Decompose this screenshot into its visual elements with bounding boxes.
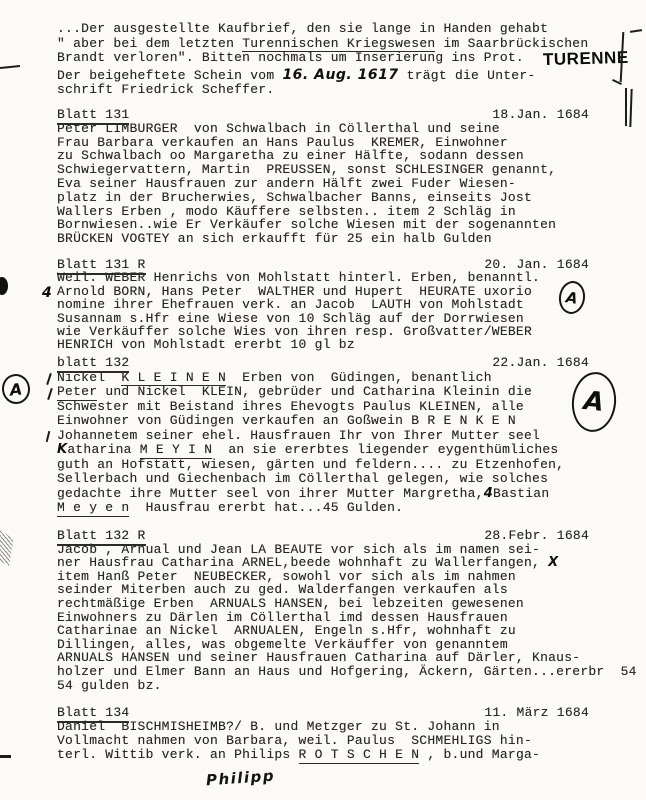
- text-line: Daniel BISCHMISHEIMB?/ B. und Metzger zu…: [57, 720, 589, 734]
- margin-slash-mark: [46, 373, 52, 385]
- entry-title: blatt 132: [57, 355, 129, 373]
- text-line: Eva seiner Hausfrauen zur andern Hälft z…: [57, 177, 589, 191]
- entry-date: 18.Jan. 1684: [492, 108, 589, 122]
- entry-blatt-131r: Blatt 131 R20. Jan. 1684 Weil. WEBER Hen…: [57, 258, 589, 352]
- text-line: ...Der ausgestellte Kaufbrief, den sie l…: [57, 22, 589, 37]
- text-line: HENRICH von Mohlstadt ererbt 10 gl bz: [57, 338, 589, 351]
- text-line: platz in der Brucherwies, Schwalbacher B…: [57, 191, 589, 205]
- handwritten-turenne-note: TURENNE: [543, 48, 629, 70]
- intro-paragraph-1: ...Der ausgestellte Kaufbrief, den sie l…: [57, 22, 589, 66]
- margin-double-bar: [629, 89, 632, 127]
- text-segment: gedachte ihre Mutter seel von ihrer Mutt…: [57, 486, 484, 501]
- underlined-text: R O T S C H E N: [299, 747, 420, 764]
- underlined-text: M e y e n: [57, 500, 129, 517]
- margin-tick-mark: [630, 29, 642, 33]
- text-line: seinder Miterben auch zu ged. Walderfang…: [57, 583, 589, 597]
- text-line: wie Verkäuffer solche Wies von ihren res…: [57, 325, 589, 338]
- handwritten-mark: 4: [484, 486, 493, 501]
- text-line: ner Hausfrau Catharina ARNEL,beede wohnh…: [57, 556, 589, 570]
- text-line: Katharina M E Y I N an sie ererbtes lieg…: [57, 443, 589, 458]
- text-segment: Erben von Güdingen, benantlich: [226, 370, 492, 385]
- text-line: Schwester mit Beistand ihres Ehevogts Pa…: [57, 400, 589, 415]
- text-line: " aber bei dem letzten Turennischen Krie…: [57, 37, 589, 52]
- text-segment: ner Hausfrau Catharina ARNEL,beede wohnh…: [57, 555, 548, 570]
- text-line: Brandt verloren". Bitten nochmals um Ins…: [57, 51, 589, 66]
- text-line: Bornwiesen..wie Er Verkäufer solche Wies…: [57, 218, 589, 232]
- handwritten-philipp-note: Philipp: [205, 767, 275, 790]
- text-line: Dillingen, alles, was obgemelte Verkäuff…: [57, 638, 589, 652]
- entry-date: 20. Jan. 1684: [484, 258, 589, 271]
- entry-blatt-132r: Blatt 132 R28.Febr. 1684 Jacob , Arnual …: [57, 529, 589, 692]
- text-segment: atharina: [67, 442, 139, 457]
- text-line: Schwiegervattern, Martin PREUSSEN, sonst…: [57, 163, 589, 177]
- entry-header: Blatt 132 R28.Febr. 1684: [57, 529, 589, 543]
- entry-blatt-132: blatt 13222.Jan. 1684 Nickel K L E I N E…: [57, 356, 589, 516]
- entry-header: blatt 13222.Jan. 1684: [57, 356, 589, 371]
- entry-date: 11. März 1684: [484, 706, 589, 720]
- text-line: Einwohners zu Därlen im Cöllerthal imd d…: [57, 611, 589, 625]
- entry-header: Blatt 131 R20. Jan. 1684: [57, 258, 589, 271]
- text-segment: an sie ererbtes liegender eygenthümliche…: [212, 442, 558, 457]
- entry-title: Blatt 131 R: [57, 257, 146, 275]
- text-line: ARNUALS HANSEN und seiner Hausfrauen Cat…: [57, 651, 589, 665]
- text-line: Peter und Nickel KLEIN, gebrüder und Cat…: [57, 385, 589, 400]
- entry-header: Blatt 13411. März 1684: [57, 706, 589, 720]
- entry-date: 28.Febr. 1684: [484, 529, 589, 543]
- text-line: M e y e n Hausfrau ererbt hat...45 Gulde…: [57, 501, 589, 516]
- text-line: 54 gulden bz.: [57, 679, 589, 693]
- text-segment: " aber bei dem letzten: [57, 36, 242, 51]
- text-segment: und Nickel KLEIN, gebrüder und Catharina…: [97, 384, 532, 399]
- text-line: zu Schwalbach oo Margaretha zu einer Häl…: [57, 149, 589, 163]
- margin-dash-mark: [0, 65, 20, 69]
- margin-double-bar: [625, 88, 627, 126]
- circled-letter-a-left: A: [1, 373, 32, 406]
- text-line: Nickel K L E I N E N Erben von Güdingen,…: [57, 371, 589, 386]
- text-line: Catharinae an Nickel ARNUALEN, Engeln s.…: [57, 624, 589, 638]
- entry-blatt-134: Blatt 13411. März 1684 Daniel BISCHMISHE…: [57, 706, 589, 762]
- entry-date: 22.Jan. 1684: [492, 356, 589, 371]
- text-segment: Hausfrau ererbt hat...45 Gulden.: [129, 500, 403, 515]
- handwritten-letter: K: [57, 442, 67, 457]
- text-line: Wallers Erben , modo Käuffere selbsten..…: [57, 205, 589, 219]
- text-line: Vollmacht nahmen von Barbara, weil. Paul…: [57, 734, 589, 748]
- text-line: BRÜCKEN VOGTEY an sich erkaufft für 25 e…: [57, 232, 589, 246]
- handwritten-date: 16. Aug. 1617: [282, 67, 398, 83]
- text-line: Johannetem seiner ehel. Hausfrauen Ihr v…: [57, 429, 589, 444]
- pencil-scribble-artifact: [0, 527, 15, 569]
- entry-title: Blatt 131: [57, 107, 129, 125]
- text-line: item Hanß Peter NEUBECKER, sowohl vor si…: [57, 570, 589, 584]
- entry-title: Blatt 132 R: [57, 528, 146, 546]
- text-line: nomine ihrer Ehefrauen verk. an Jacob LA…: [57, 298, 589, 311]
- margin-dash-mark: [0, 755, 11, 758]
- handwritten-mark: X: [548, 555, 558, 570]
- text-segment: im Saarbrückischen: [435, 36, 588, 51]
- entry-blatt-131: Blatt 13118.Jan. 1684 Peter LIMBURGER vo…: [57, 108, 589, 246]
- margin-slash-mark: [47, 388, 53, 400]
- text-line: Sellerbach und Giechenbach im Cöllerthal…: [57, 472, 589, 487]
- text-line: holzer und Elmer Bann an Haus und Hofger…: [57, 665, 589, 679]
- text-line: schrift Friedrick Scheffer.: [57, 83, 589, 97]
- intro-paragraph-2: Der beigeheftete Schein vom 16. Aug. 161…: [57, 69, 589, 96]
- text-line: gedachte ihre Mutter seel von ihrer Mutt…: [57, 487, 589, 502]
- text-line: Frau Barbara verkaufen an Hans Paulus KR…: [57, 136, 589, 150]
- text-line: Einwohner von Güdingen verkaufen an Goßw…: [57, 414, 589, 429]
- handwritten-margin-mark: 4: [42, 285, 52, 301]
- text-segment: trägt die Unter-: [399, 68, 536, 83]
- text-line: rechtmäßige Erben ARNUALS HANSEN, bei le…: [57, 597, 589, 611]
- text-segment: terl. Wittib verk. an Philips: [57, 747, 299, 762]
- text-line: Arnold BORN, Hans Peter WALTHER und Hupe…: [57, 285, 589, 298]
- ink-blob-artifact: [0, 277, 8, 295]
- text-segment: Der beigeheftete Schein vom: [57, 68, 282, 83]
- scanned-document-page: ...Der ausgestellte Kaufbrief, den sie l…: [0, 0, 646, 800]
- text-line: Susannam s.Hfr eine Wiese von 10 Schläg …: [57, 312, 589, 325]
- entry-title: Blatt 134: [57, 705, 129, 723]
- entry-header: Blatt 13118.Jan. 1684: [57, 108, 589, 122]
- text-line: Der beigeheftete Schein vom 16. Aug. 161…: [57, 69, 589, 83]
- text-line: Peter LIMBURGER von Schwalbach in Cöller…: [57, 122, 589, 136]
- margin-slash-mark: [46, 431, 51, 442]
- text-segment: , b.und Marga-: [419, 747, 540, 762]
- text-segment: Bastian: [493, 486, 549, 501]
- text-line: terl. Wittib verk. an Philips R O T S C …: [57, 748, 589, 762]
- text-line: guth an Hofstatt, wiesen, gärten und fel…: [57, 458, 589, 473]
